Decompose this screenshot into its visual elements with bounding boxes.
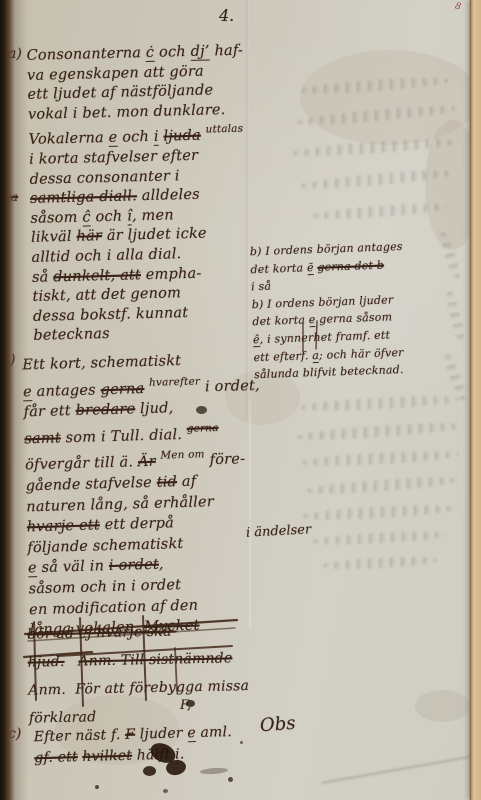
page-number: 4. (219, 6, 234, 25)
right-margin-annotation: b) I ordens början antagesdet korta ē ge… (250, 237, 440, 384)
bleedthrough-line (302, 503, 454, 522)
bleedthrough-line (312, 201, 447, 221)
bleedthrough-line (444, 289, 467, 345)
book-gutter-shadow (0, 0, 28, 800)
bleedthrough-line (322, 555, 437, 571)
ink-speck (228, 777, 233, 782)
bleedthrough-line (296, 420, 461, 442)
ink-smear (200, 767, 228, 775)
manuscript-page-photo: 4. 8 a) b) c) sta F, Obs i ändelser Cons… (0, 0, 481, 800)
ink-speck (240, 741, 243, 744)
corner-mark: 8 (454, 2, 462, 13)
paper-stain (415, 690, 470, 722)
bleedthrough-line (301, 449, 459, 468)
ink-speck (163, 789, 168, 793)
section-b-text: Ett kort, schematiskte antages gerna hva… (22, 349, 270, 641)
bleedthrough-line (442, 352, 468, 402)
page-edge-line (469, 0, 471, 800)
ink-blot (196, 406, 207, 414)
ink-blot (143, 766, 156, 776)
bleedthrough-line (300, 394, 458, 413)
bleedthrough-line (306, 475, 456, 496)
corner-crease (322, 742, 481, 784)
cancelled-anm-text: bör ad ej hvarje ska-hjud. Anm. Till sis… (27, 615, 279, 732)
ink-speck (95, 785, 99, 789)
handwritten-line: Anm. För att förebygga missa (28, 671, 279, 704)
next-page-edge (470, 0, 481, 800)
section-a-text: Consonanterna ċ och dj’ haf-va egenskape… (26, 41, 268, 347)
ink-blot (186, 700, 195, 707)
bleedthrough-line (312, 529, 447, 546)
